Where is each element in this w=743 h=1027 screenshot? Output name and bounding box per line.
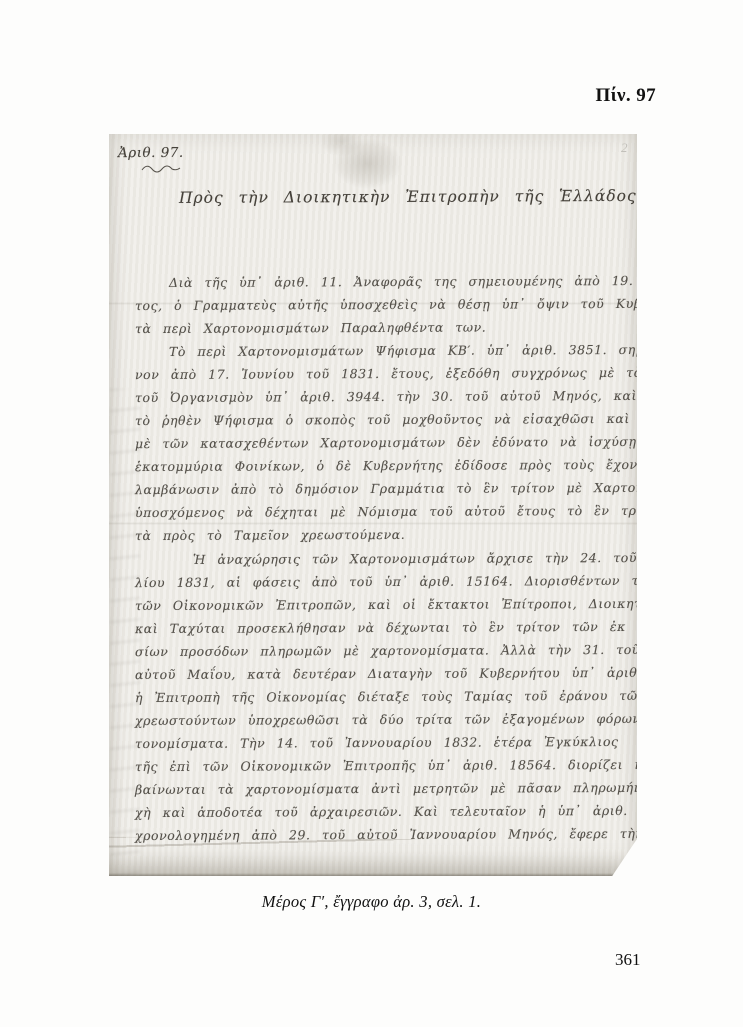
handwritten-line: τῶν Οἰκονομικῶν Ἐπιτροπῶν, καὶ οἱ ἔκτακτ… — [135, 596, 629, 613]
letter-addressee-heading: Πρὸς τὴν Διοικητικὴν Ἐπιτροπὴν τῆς Ἑλλάδ… — [179, 187, 579, 207]
handwritten-line: χρονολογημένη ἀπὸ 29. τοῦ αὐτοῦ Ἰαννουαρ… — [135, 826, 629, 843]
handwritten-line: τῆς ἐπὶ τῶν Οἰκονομικῶν Ἐπιτροπῆς ὑπ᾽ ἀρ… — [135, 757, 629, 774]
handwritten-line: τὰ πρὸς τὸ Ταμεῖον χρεωστούμενα. — [135, 526, 629, 543]
handwritten-line: μὲ τῶν κατασχεθέντων Χαρτονομισμάτων δὲν… — [135, 434, 629, 451]
handwritten-line: νον ἀπὸ 17. Ἰουνίου τοῦ 1831. ἔτους, ἐξε… — [135, 365, 629, 382]
handwritten-line: τὸ ῥηθὲν Ψήφισμα ὁ σκοπὸς τοῦ μοχθοῦντος… — [135, 411, 629, 428]
handwritten-line: λαμβάνωσιν ἀπὸ τὸ δημόσιον Γραμμάτια τὸ … — [135, 480, 629, 497]
handwritten-line: Διὰ τῆς ὑπ᾽ ἀριθ. 11. Ἀναφορᾶς της σημει… — [135, 273, 663, 290]
handwritten-line: ὑποσχόμενος νὰ δέχηται μὲ Νόμισμα τοῦ αὐ… — [135, 503, 629, 520]
manuscript-scan: 2 Ἀριθ. 97. Πρὸς τὴν Διοικητικὴν Ἐπιτροπ… — [109, 134, 637, 876]
handwritten-line: ἡ Ἐπιτροπὴ τῆς Οἰκονομίας διέταξε τοὺς Τ… — [135, 688, 629, 705]
handwritten-line: τοῦ Ὀργανισμὸν ὑπ᾽ ἀριθ. 3944. τὴν 30. τ… — [135, 388, 629, 405]
handwritten-line: λίου 1831, αἱ φάσεις ἀπὸ τοῦ ὑπ᾽ ἀριθ. 1… — [135, 573, 629, 590]
handwritten-line: ἑκατομμύρια Φοινίκων, ὁ δὲ Κυβερνήτης ἐδ… — [135, 457, 629, 474]
pencil-page-mark: 2 — [621, 140, 628, 156]
handwritten-line: Τὸ περὶ Χαρτονομισμάτων Ψήφισμα ΚΒ′. ὑπ᾽… — [135, 342, 663, 359]
handwritten-line: Ἡ ἀναχώρησις τῶν Χαρτονομισμάτων ἄρχισε … — [135, 550, 687, 567]
handwritten-line: τονομίσματα. Τὴν 14. τοῦ Ἰαννουαρίου 183… — [135, 734, 629, 751]
handwritten-line: σίων προσόδων πληρωμῶν μὲ χαρτονομίσματα… — [135, 642, 629, 659]
page-number: 361 — [615, 950, 641, 970]
handwritten-line: αὐτοῦ Μαΐου, κατὰ δευτέραν Διαταγὴν τοῦ … — [135, 665, 629, 682]
paper-edge-shadow — [109, 873, 637, 876]
annotation-underline-squiggle — [141, 165, 181, 174]
handwritten-line: χὴ καὶ ἀποδοτέα τοῦ ἀρχαιρεσιῶν. Καὶ τελ… — [135, 803, 629, 820]
handwritten-line: καὶ Ταχύται προσεκλήθησαν νὰ δέχωνται τὸ… — [135, 619, 629, 636]
handwritten-line: τος, ὁ Γραμματεὺς αὐτῆς ὑποσχεθεὶς νὰ θέ… — [135, 296, 629, 313]
plate-caption: Μέρος Γ′, ἔγγραφο ἀρ. 3, σελ. 1. — [0, 892, 743, 912]
handwritten-line: χρεωστούντων ὑποχρεωθῶσι τὰ δύο τρίτα τῶ… — [135, 711, 629, 728]
handwritten-line: βαίνωνται τὰ χαρτονομίσματα ἀντὶ μετρητῶ… — [135, 780, 629, 797]
archive-number-annotation: Ἀριθ. 97. — [118, 145, 184, 161]
plate-label: Πίν. 97 — [596, 85, 656, 107]
handwritten-line: τὰ περὶ Χαρτονομισμάτων Παραληφθέντα των… — [135, 319, 629, 336]
fold-line — [109, 522, 637, 525]
